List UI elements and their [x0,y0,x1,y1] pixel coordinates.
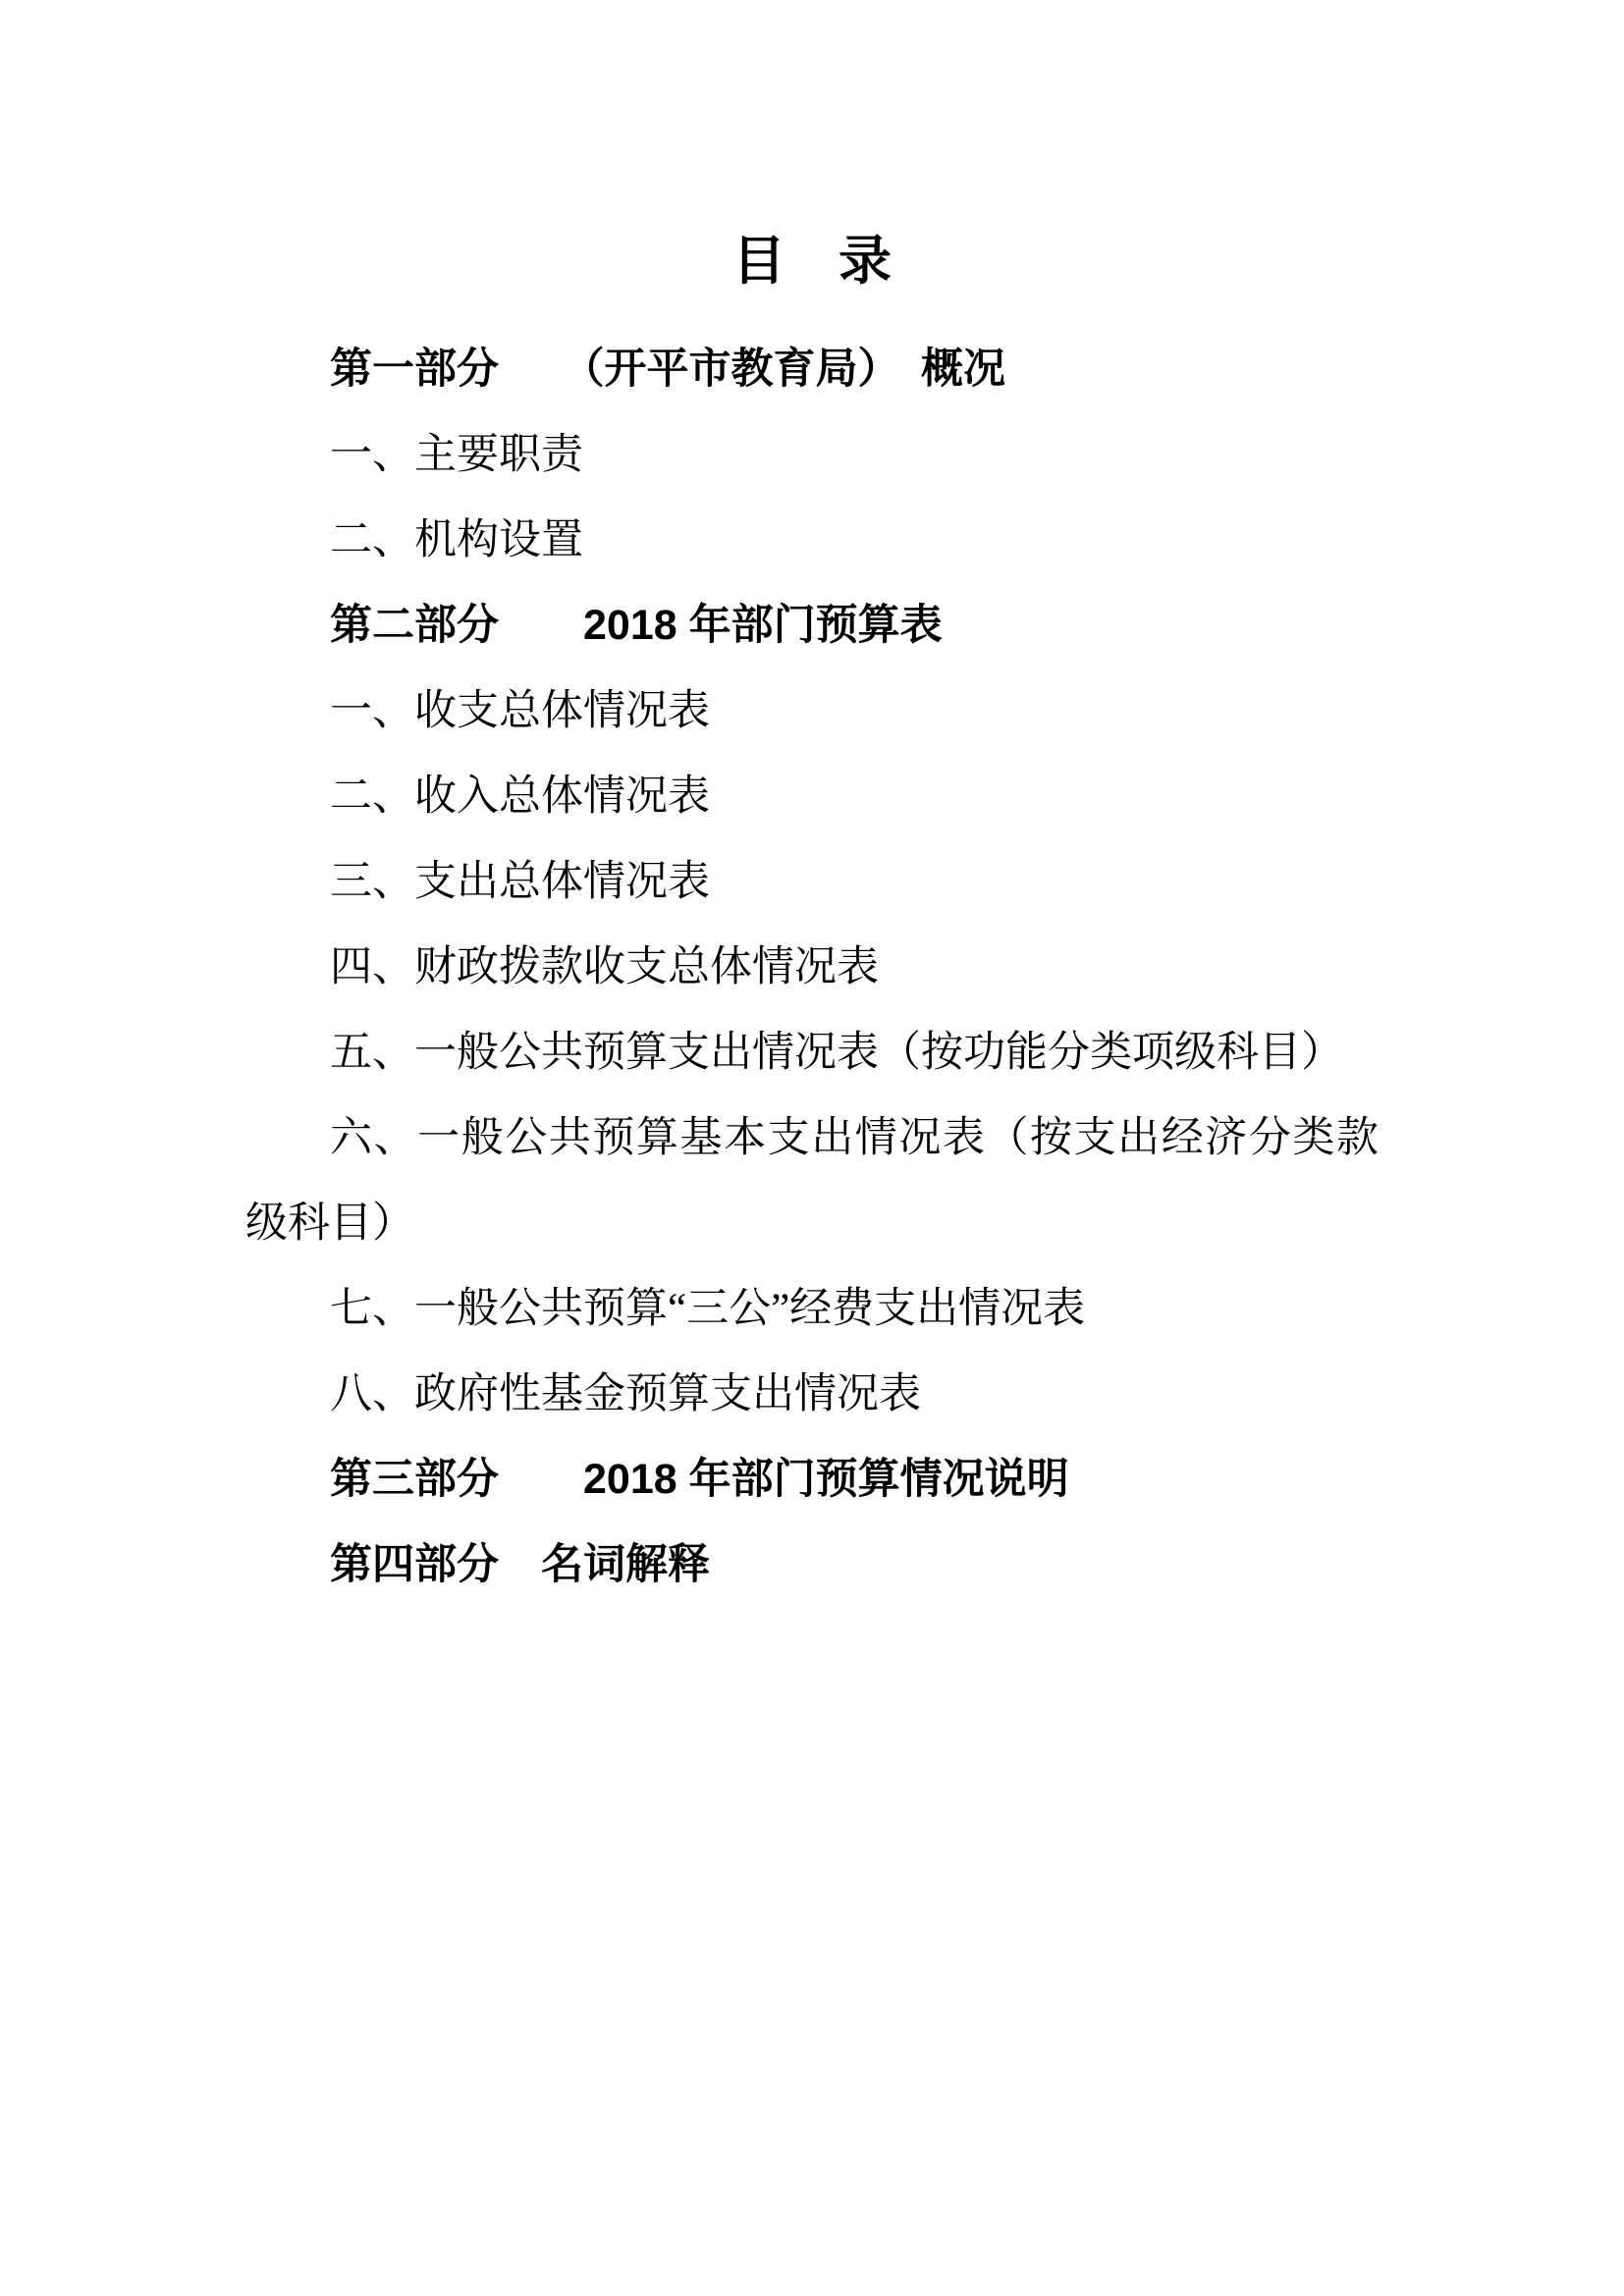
toc-list: 第一部分 （开平市教育局） 概况一、主要职责二、机构设置第二部分 2018 年部… [245,327,1379,1608]
doc-title: 目 录 [0,219,1624,304]
document-page: 目 录 第一部分 （开平市教育局） 概况一、主要职责二、机构设置第二部分 201… [0,0,1624,2296]
toc-entry: 八、政府性基金预算支出情况表 [245,1352,1379,1437]
toc-section-heading: 第三部分 2018 年部门预算情况说明 [245,1437,1379,1522]
toc-entry: 五、一般公共预算支出情况表（按功能分类项级科目） [245,1010,1379,1095]
toc-entry: 六、一般公共预算基本支出情况表（按支出经济分类款级科目） [245,1095,1379,1266]
toc-entry: 一、收支总体情况表 [245,668,1379,754]
toc-entry: 一、主要职责 [245,412,1379,498]
toc-entry: 七、一般公共预算“三公”经费支出情况表 [245,1266,1379,1352]
toc-entry: 二、收入总体情况表 [245,754,1379,839]
toc-entry: 二、机构设置 [245,498,1379,583]
toc-entry: 四、财政拨款收支总体情况表 [245,925,1379,1010]
toc-section-heading: 第四部分 名词解释 [245,1522,1379,1608]
toc-section-heading: 第二部分 2018 年部门预算表 [245,583,1379,668]
toc-entry: 三、支出总体情况表 [245,839,1379,925]
toc-section-heading: 第一部分 （开平市教育局） 概况 [245,327,1379,412]
